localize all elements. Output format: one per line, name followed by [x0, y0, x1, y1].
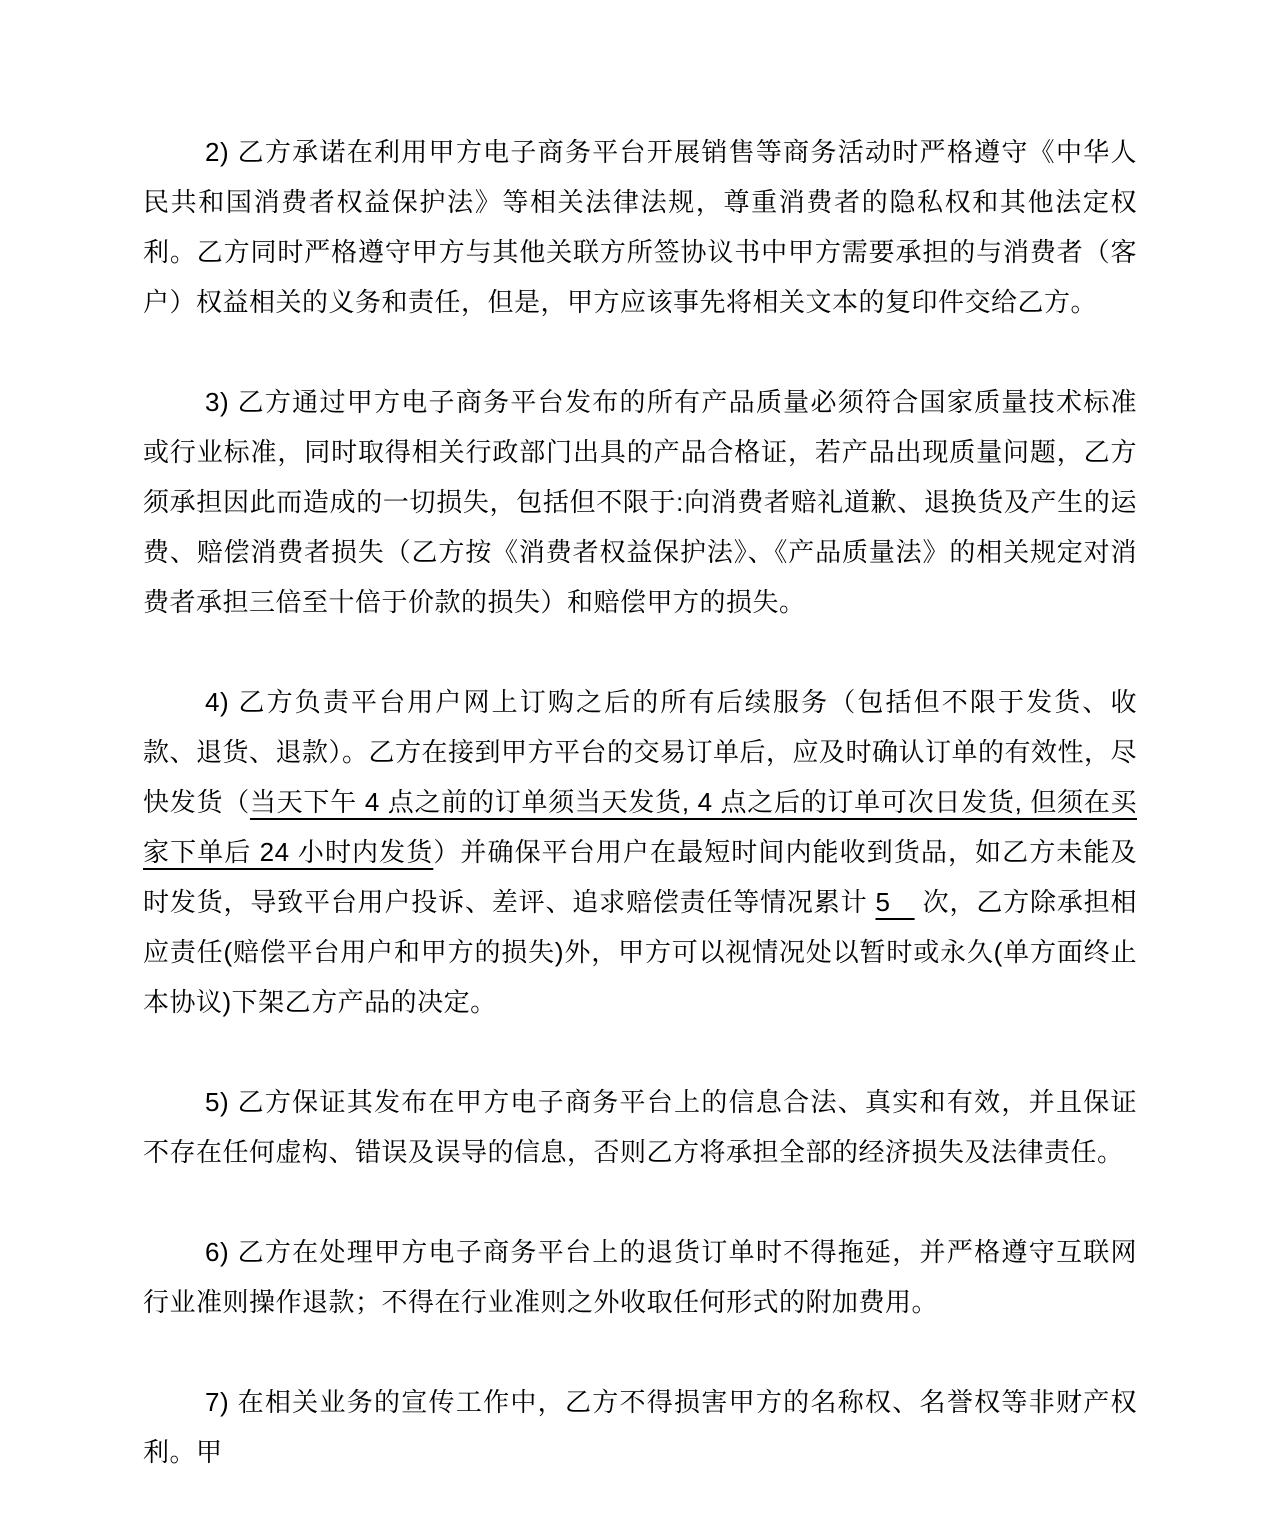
paragraph: 3) 乙方通过甲方电子商务平台发布的所有产品质量必须符合国家质量技术标准或行业标… [143, 377, 1137, 627]
document-page: 2) 乙方承诺在利用甲方电子商务平台开展销售等商务活动时严格遵守《中华人民共和国… [0, 0, 1280, 1521]
document-body: 2) 乙方承诺在利用甲方电子商务平台开展销售等商务活动时严格遵守《中华人民共和国… [143, 127, 1137, 1477]
underlined-text: 5 [875, 887, 914, 917]
text-run: 5) 乙方保证其发布在甲方电子商务平台上的信息合法、真实和有效，并且保证不存在任… [143, 1087, 1137, 1167]
paragraph: 7) 在相关业务的宣传工作中，乙方不得损害甲方的名称权、名誉权等非财产权利。甲 [143, 1377, 1137, 1477]
text-run: 3) 乙方通过甲方电子商务平台发布的所有产品质量必须符合国家质量技术标准或行业标… [143, 387, 1137, 617]
text-run: 6) 乙方在处理甲方电子商务平台上的退货订单时不得拖延，并严格遵守互联网行业准则… [143, 1237, 1137, 1317]
paragraph: 6) 乙方在处理甲方电子商务平台上的退货订单时不得拖延，并严格遵守互联网行业准则… [143, 1227, 1137, 1327]
text-run: 7) 在相关业务的宣传工作中，乙方不得损害甲方的名称权、名誉权等非财产权利。甲 [143, 1387, 1137, 1467]
paragraph: 5) 乙方保证其发布在甲方电子商务平台上的信息合法、真实和有效，并且保证不存在任… [143, 1077, 1137, 1177]
text-run: 2) 乙方承诺在利用甲方电子商务平台开展销售等商务活动时严格遵守《中华人民共和国… [143, 137, 1137, 317]
paragraph: 2) 乙方承诺在利用甲方电子商务平台开展销售等商务活动时严格遵守《中华人民共和国… [143, 127, 1137, 327]
paragraph: 4) 乙方负责平台用户网上订购之后的所有后续服务（包括但不限于发货、收款、退货、… [143, 677, 1137, 1027]
